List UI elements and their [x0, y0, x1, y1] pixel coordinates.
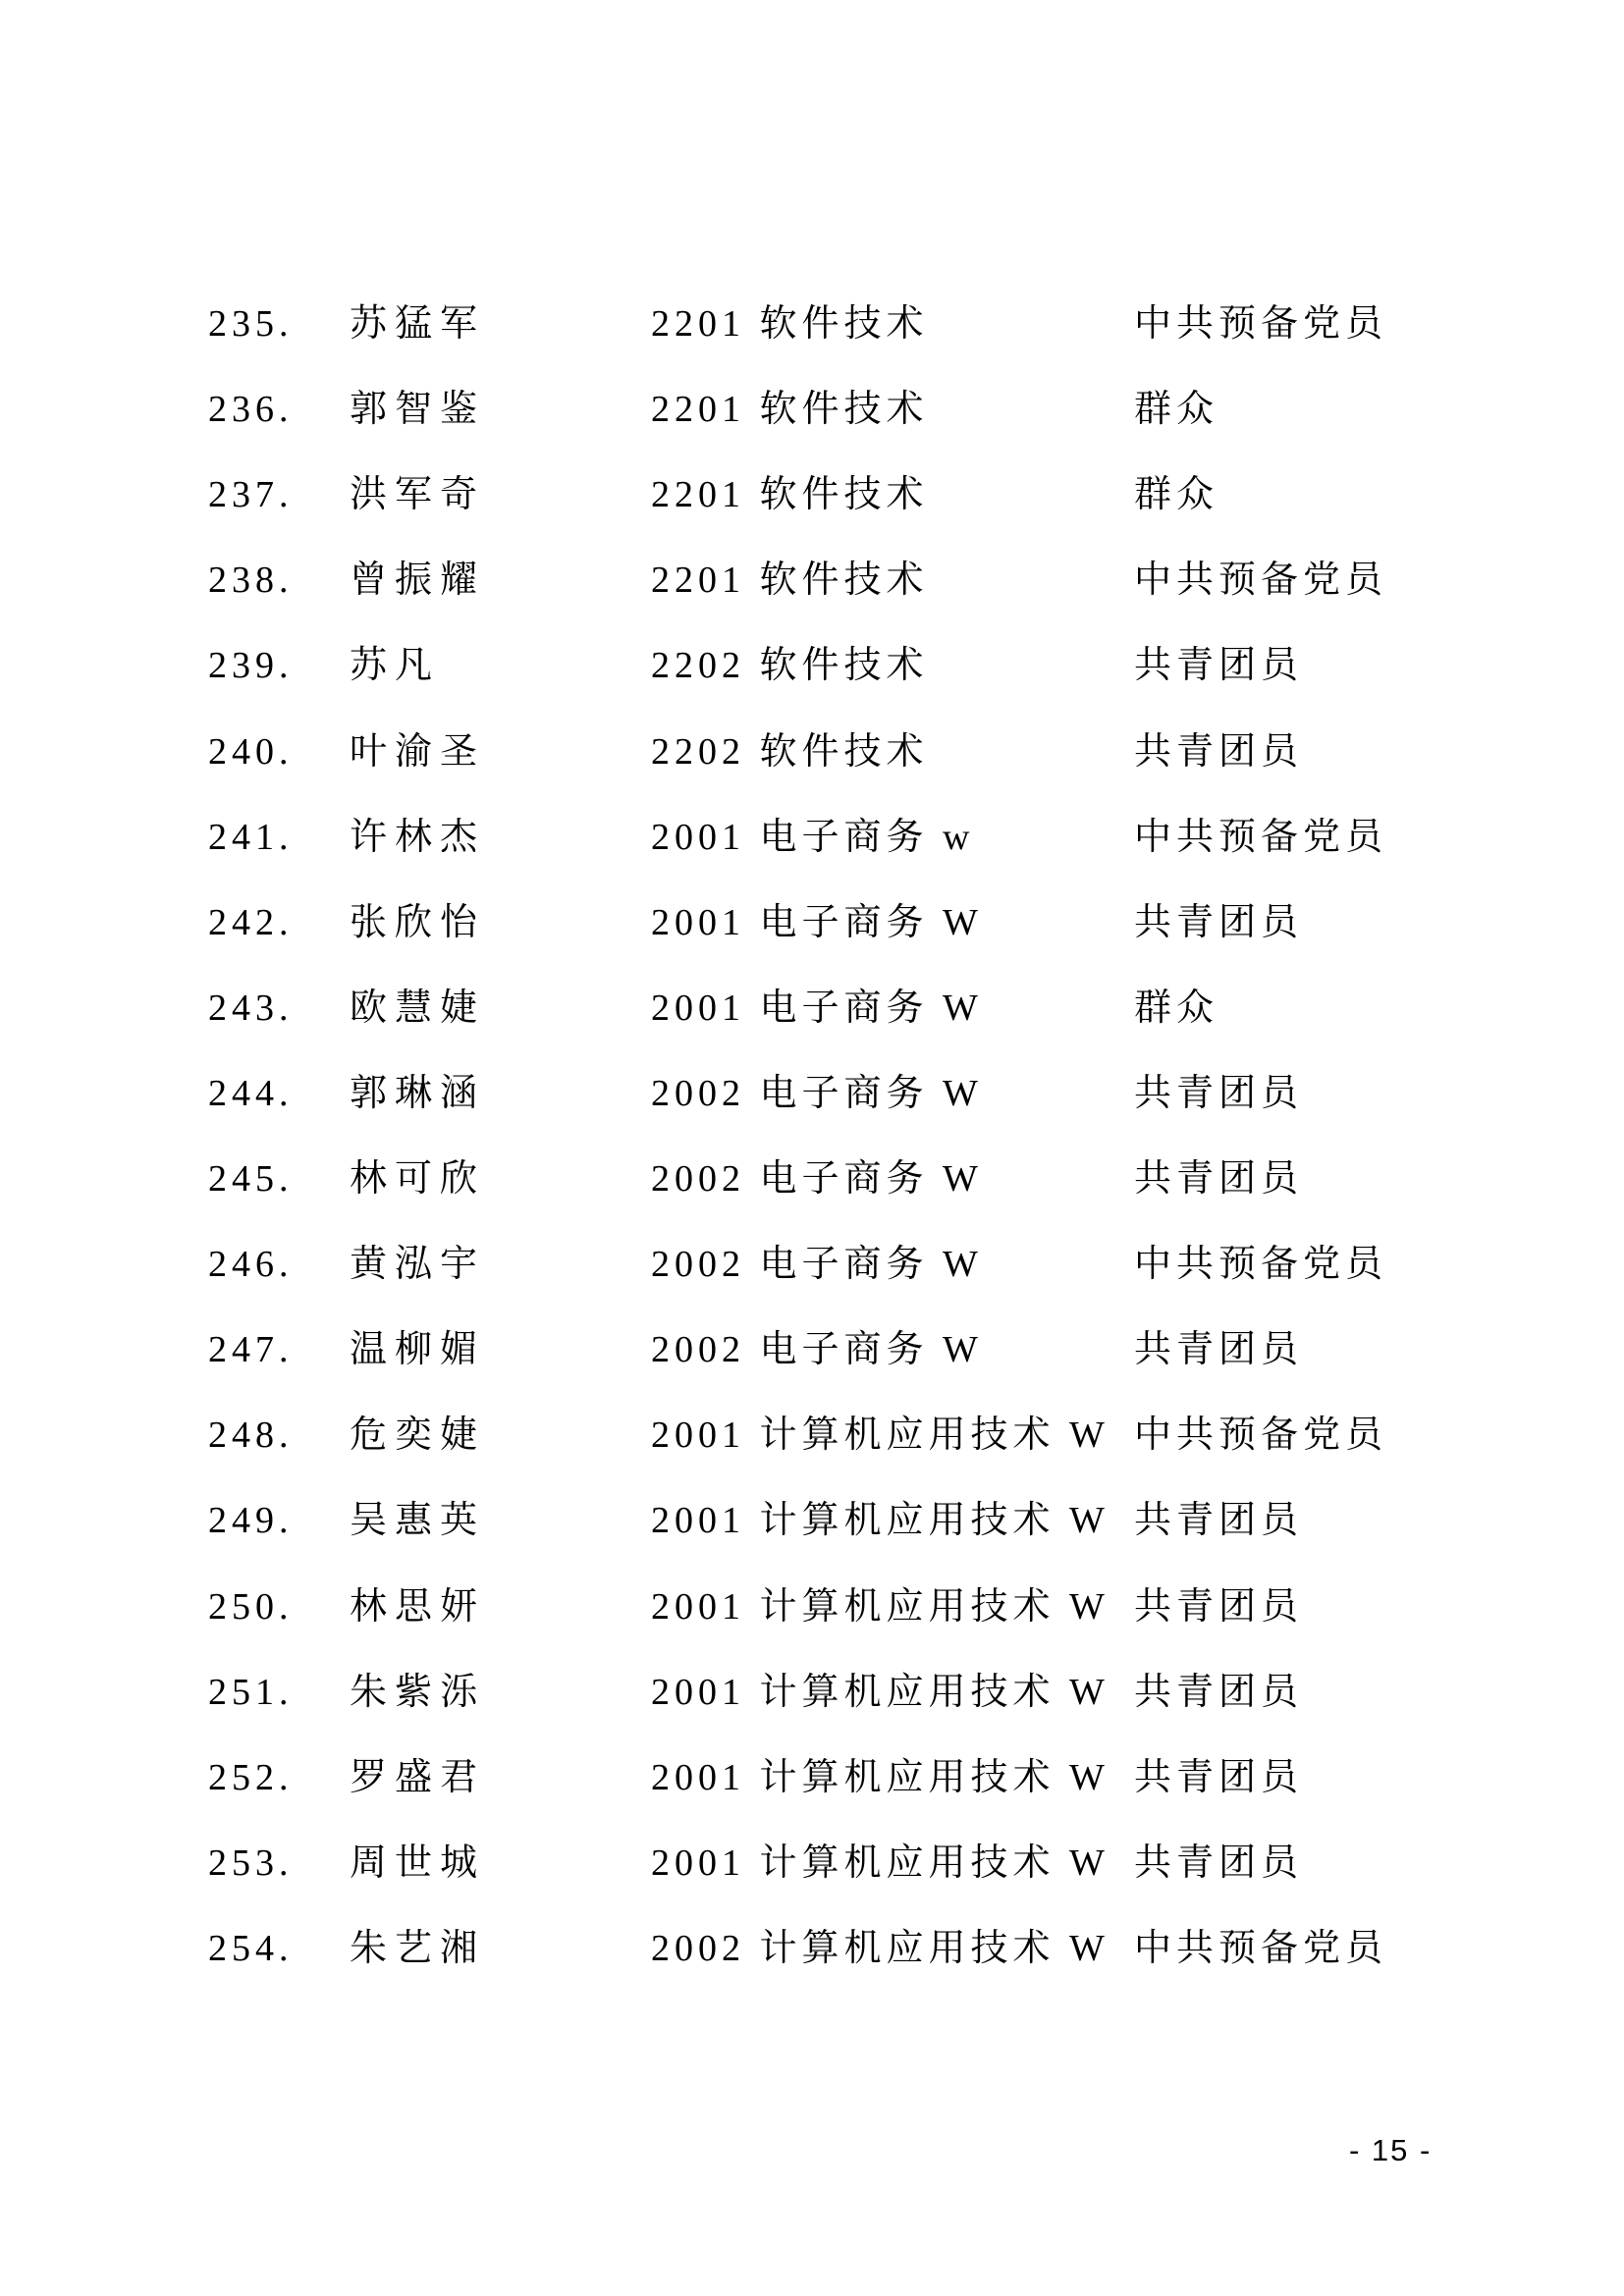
table-row: 246. 黄泓宇 2002 电子商务 W 中共预备党员	[0, 1242, 1624, 1287]
student-name: 郭智鉴	[350, 387, 485, 432]
document-page: 235. 苏猛军 2201 软件技术 中共预备党员 236. 郭智鉴 2201 …	[0, 0, 1624, 2296]
political-status: 共青团员	[1134, 729, 1303, 774]
student-name: 叶渝圣	[350, 729, 485, 774]
political-status: 共青团员	[1134, 1071, 1303, 1116]
political-status: 共青团员	[1134, 1156, 1303, 1201]
table-row: 248. 危奕婕 2001 计算机应用技术 W 中共预备党员	[0, 1413, 1624, 1458]
student-name: 郭琳涵	[350, 1071, 485, 1116]
class-name: 2201 软件技术	[651, 387, 929, 432]
table-row: 239. 苏凡 2202 软件技术 共青团员	[0, 643, 1624, 688]
class-name: 2001 计算机应用技术 W	[651, 1670, 1110, 1715]
class-name: 2002 电子商务 W	[651, 1156, 983, 1201]
class-name: 2002 计算机应用技术 W	[651, 1926, 1110, 1971]
political-status: 共青团员	[1134, 1755, 1303, 1800]
student-name: 洪军奇	[350, 472, 485, 517]
political-status: 群众	[1134, 472, 1218, 517]
class-name: 2002 电子商务 W	[651, 1327, 983, 1372]
class-name: 2001 电子商务 W	[651, 900, 983, 945]
row-number: 248.	[208, 1413, 294, 1458]
row-number: 252.	[208, 1755, 294, 1800]
political-status: 中共预备党员	[1134, 558, 1387, 603]
class-name: 2001 电子商务 w	[651, 815, 974, 860]
student-name: 朱紫泺	[350, 1670, 485, 1715]
political-status: 群众	[1134, 986, 1218, 1031]
class-name: 2202 软件技术	[651, 643, 929, 688]
political-status: 共青团员	[1134, 643, 1303, 688]
row-number: 239.	[208, 643, 294, 688]
political-status: 共青团员	[1134, 1841, 1303, 1886]
class-name: 2001 计算机应用技术 W	[651, 1841, 1110, 1886]
table-row: 252. 罗盛君 2001 计算机应用技术 W 共青团员	[0, 1755, 1624, 1800]
student-name: 欧慧婕	[350, 986, 485, 1031]
class-name: 2202 软件技术	[651, 729, 929, 774]
student-name: 黄泓宇	[350, 1242, 485, 1287]
row-number: 246.	[208, 1242, 294, 1287]
class-name: 2001 计算机应用技术 W	[651, 1584, 1110, 1629]
table-row: 243. 欧慧婕 2001 电子商务 W 群众	[0, 986, 1624, 1031]
political-status: 共青团员	[1134, 1327, 1303, 1372]
student-name: 林思妍	[350, 1584, 485, 1629]
political-status: 共青团员	[1134, 1498, 1303, 1543]
political-status: 共青团员	[1134, 1670, 1303, 1715]
table-row: 240. 叶渝圣 2202 软件技术 共青团员	[0, 729, 1624, 774]
row-number: 254.	[208, 1926, 294, 1971]
table-row: 244. 郭琳涵 2002 电子商务 W 共青团员	[0, 1071, 1624, 1116]
political-status: 中共预备党员	[1134, 815, 1387, 860]
political-status: 中共预备党员	[1134, 301, 1387, 347]
political-status: 中共预备党员	[1134, 1242, 1387, 1287]
student-name: 张欣怡	[350, 900, 485, 945]
class-name: 2001 计算机应用技术 W	[651, 1498, 1110, 1543]
student-name: 苏凡	[350, 643, 440, 688]
page-number: - 15 -	[1349, 2132, 1432, 2169]
row-number: 240.	[208, 729, 294, 774]
row-number: 242.	[208, 900, 294, 945]
class-name: 2201 软件技术	[651, 472, 929, 517]
student-name: 林可欣	[350, 1156, 485, 1201]
table-row: 250. 林思妍 2001 计算机应用技术 W 共青团员	[0, 1584, 1624, 1629]
table-row: 241. 许林杰 2001 电子商务 w 中共预备党员	[0, 815, 1624, 860]
student-name: 朱艺湘	[350, 1926, 485, 1971]
row-number: 236.	[208, 387, 294, 432]
class-name: 2001 计算机应用技术 W	[651, 1413, 1110, 1458]
table-row: 245. 林可欣 2002 电子商务 W 共青团员	[0, 1156, 1624, 1201]
class-name: 2002 电子商务 W	[651, 1071, 983, 1116]
political-status: 群众	[1134, 387, 1218, 432]
class-name: 2001 计算机应用技术 W	[651, 1755, 1110, 1800]
table-row: 237. 洪军奇 2201 软件技术 群众	[0, 472, 1624, 517]
row-number: 249.	[208, 1498, 294, 1543]
table-row: 236. 郭智鉴 2201 软件技术 群众	[0, 387, 1624, 432]
row-number: 241.	[208, 815, 294, 860]
student-name: 危奕婕	[350, 1413, 485, 1458]
table-row: 238. 曾振耀 2201 软件技术 中共预备党员	[0, 558, 1624, 603]
student-name: 温柳媚	[350, 1327, 485, 1372]
row-number: 235.	[208, 301, 294, 347]
student-name: 罗盛君	[350, 1755, 485, 1800]
row-number: 238.	[208, 558, 294, 603]
row-number: 243.	[208, 986, 294, 1031]
row-number: 253.	[208, 1841, 294, 1886]
student-name: 曾振耀	[350, 558, 485, 603]
table-row: 249. 吴惠英 2001 计算机应用技术 W 共青团员	[0, 1498, 1624, 1543]
table-row: 235. 苏猛军 2201 软件技术 中共预备党员	[0, 301, 1624, 347]
table-row: 242. 张欣怡 2001 电子商务 W 共青团员	[0, 900, 1624, 945]
row-number: 244.	[208, 1071, 294, 1116]
class-name: 2201 软件技术	[651, 558, 929, 603]
political-status: 中共预备党员	[1134, 1926, 1387, 1971]
class-name: 2001 电子商务 W	[651, 986, 983, 1031]
row-number: 245.	[208, 1156, 294, 1201]
table-row: 247. 温柳媚 2002 电子商务 W 共青团员	[0, 1327, 1624, 1372]
political-status: 中共预备党员	[1134, 1413, 1387, 1458]
table-row: 253. 周世城 2001 计算机应用技术 W 共青团员	[0, 1841, 1624, 1886]
row-number: 237.	[208, 472, 294, 517]
class-name: 2002 电子商务 W	[651, 1242, 983, 1287]
row-number: 250.	[208, 1584, 294, 1629]
row-number: 247.	[208, 1327, 294, 1372]
political-status: 共青团员	[1134, 1584, 1303, 1629]
row-number: 251.	[208, 1670, 294, 1715]
student-name: 吴惠英	[350, 1498, 485, 1543]
student-name: 周世城	[350, 1841, 485, 1886]
student-name: 许林杰	[350, 815, 485, 860]
table-row: 254. 朱艺湘 2002 计算机应用技术 W 中共预备党员	[0, 1926, 1624, 1971]
student-name: 苏猛军	[350, 301, 485, 347]
political-status: 共青团员	[1134, 900, 1303, 945]
class-name: 2201 软件技术	[651, 301, 929, 347]
table-row: 251. 朱紫泺 2001 计算机应用技术 W 共青团员	[0, 1670, 1624, 1715]
